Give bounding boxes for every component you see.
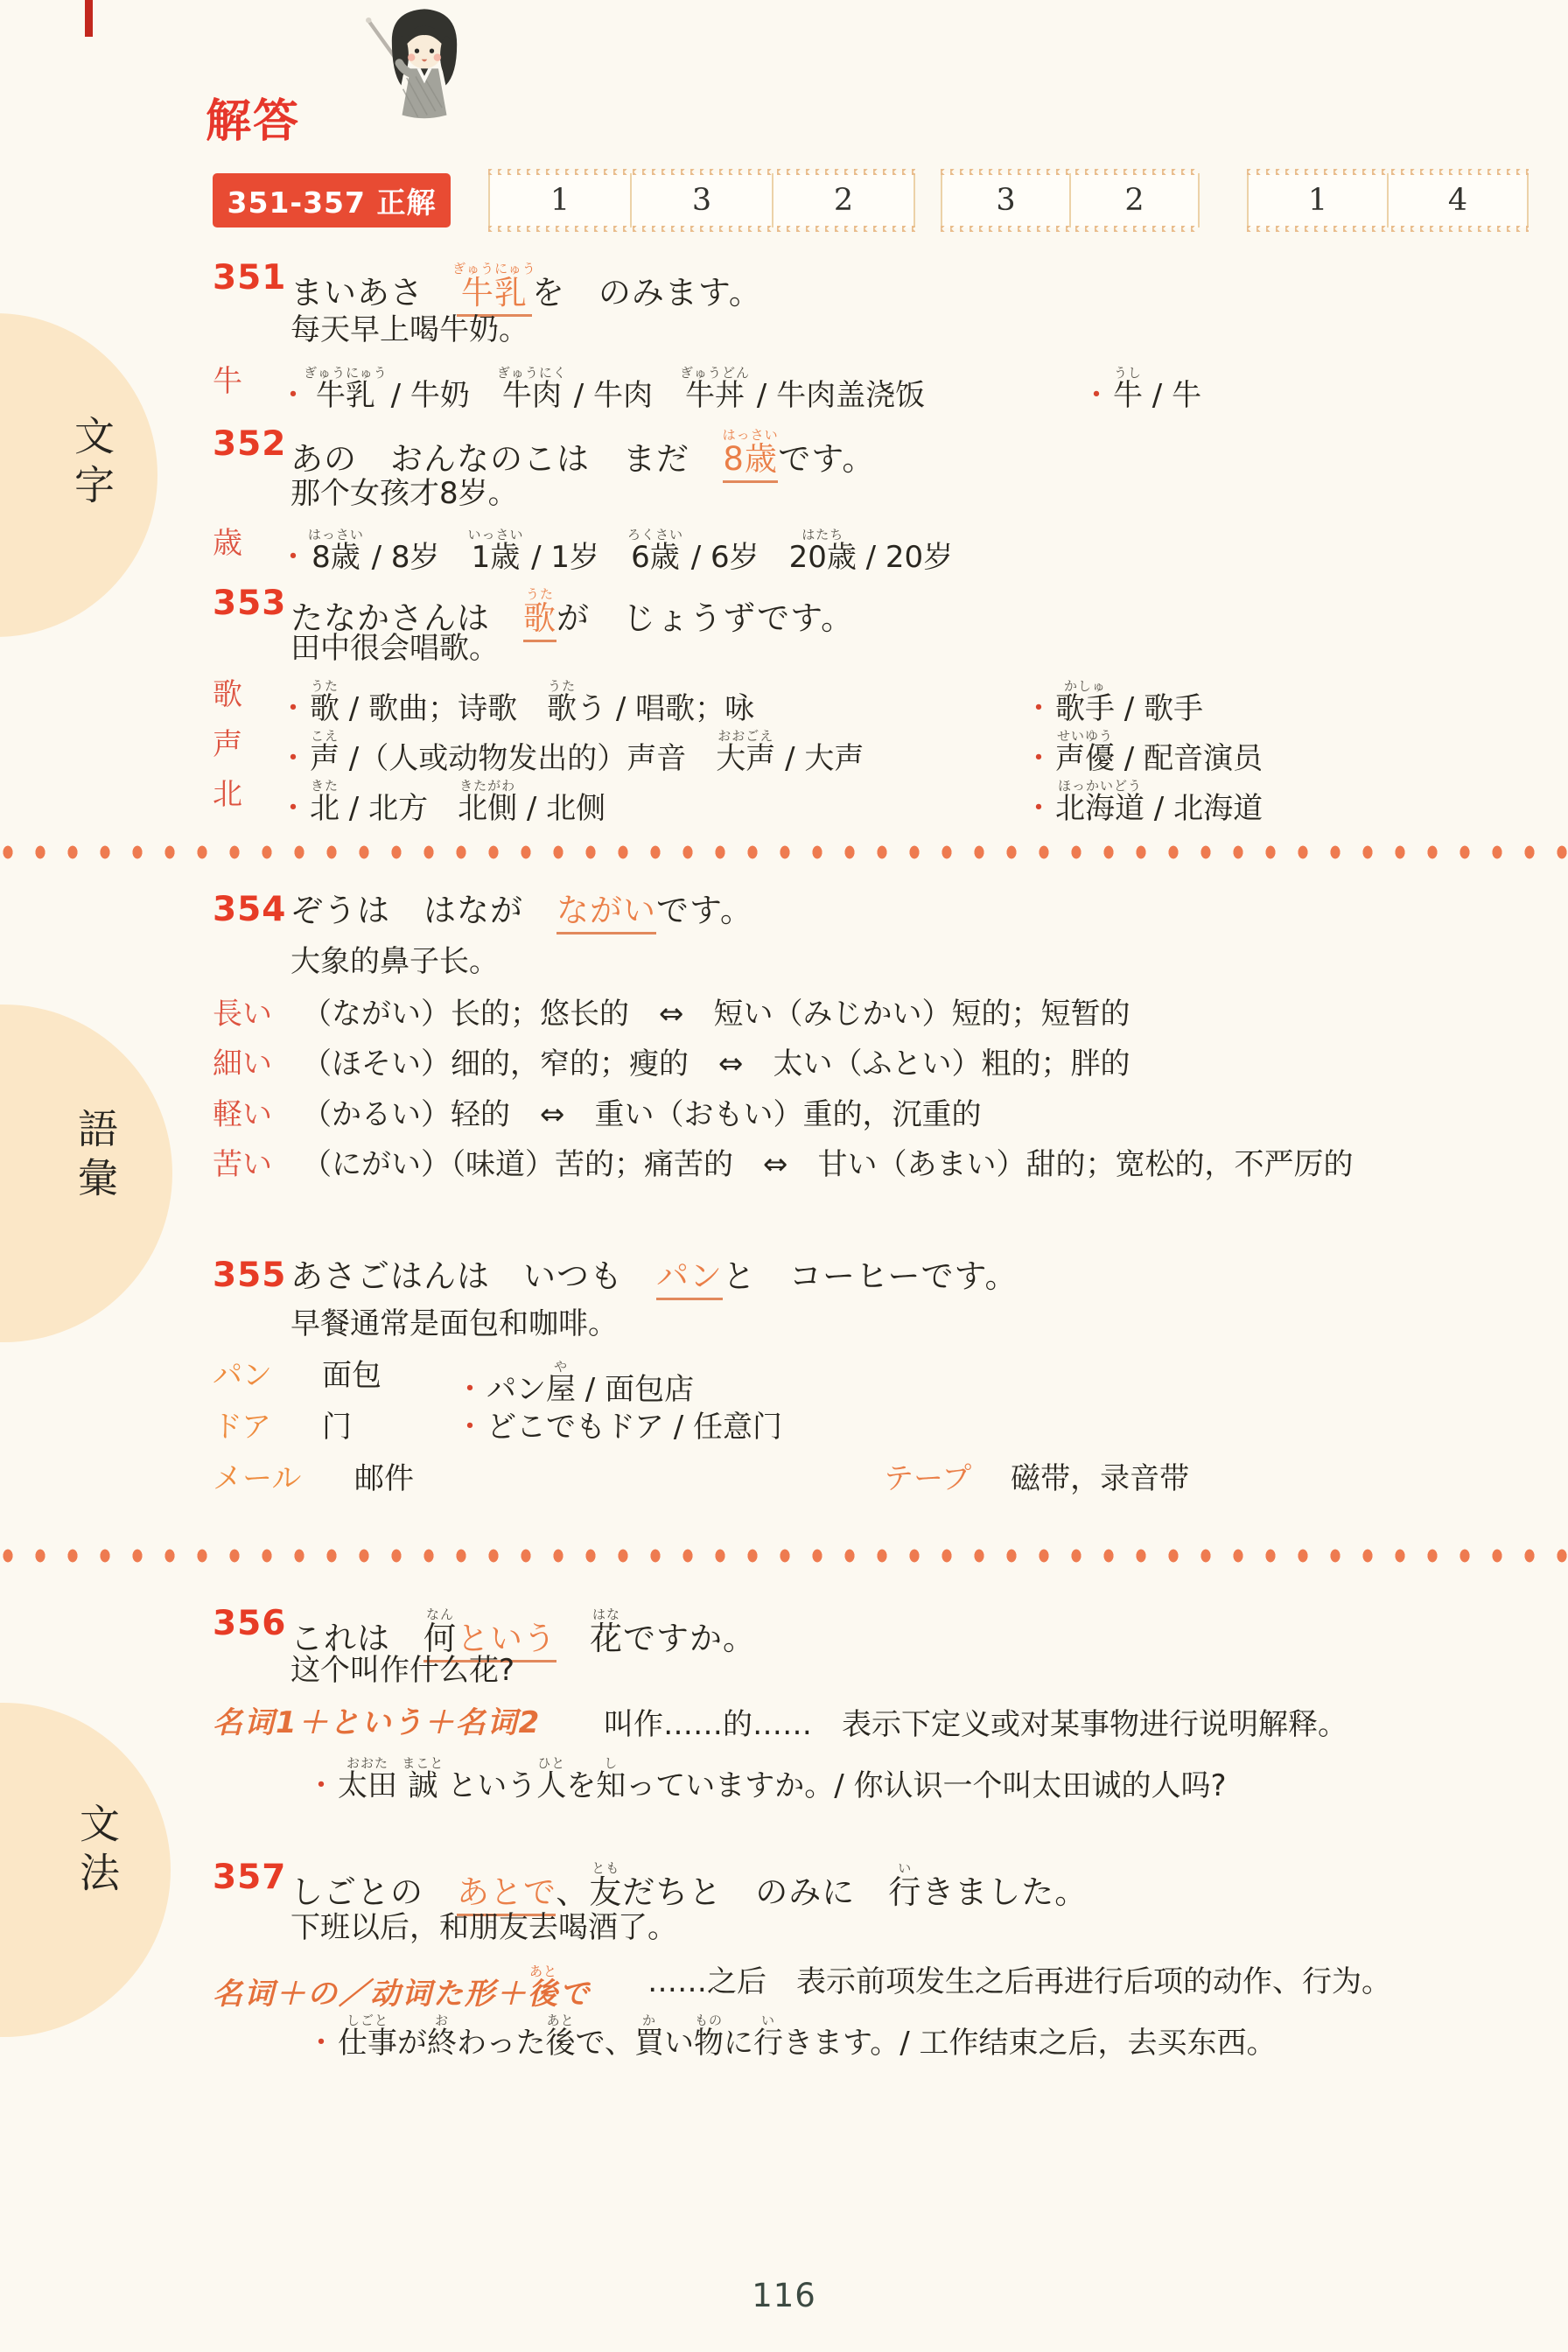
answer-cell: 2 — [772, 173, 913, 227]
item-number: 352 — [213, 425, 286, 464]
jp-sentence: まいあさ 牛乳ぎゅうにゅうを のみます。 — [290, 261, 762, 311]
vocab-row: 邮件 — [354, 1462, 414, 1495]
vocab-row: ・歌うた / 歌曲；诗歌 歌うたう / 唱歌；咏 — [278, 678, 754, 725]
dotted-separator — [0, 845, 1568, 859]
vocab-head: 軽い — [213, 1098, 272, 1131]
bullet-dot: ・ — [1024, 691, 1053, 726]
vocab-row: ・声優せいゆう / 配音演员 — [1024, 728, 1263, 775]
jp-sentence: これは 何なんという 花はなですか。 — [290, 1606, 756, 1656]
vocab-row: （にがい）（味道）苦的；痛苦的 ⇔ 甘い（あまい）甜的；宽松的，不严厉的 — [302, 1148, 1354, 1181]
cn-translation: 那个女孩才8岁。 — [290, 477, 518, 510]
bullet-dot: ・ — [455, 1410, 485, 1445]
bullet-dot: ・ — [278, 791, 308, 826]
bullet-dot: ・ — [1024, 791, 1053, 826]
item-number: 353 — [213, 584, 286, 623]
vocab-head: 長い — [213, 997, 272, 1031]
teacher-girl-illustration — [350, 3, 499, 152]
item-number: 354 — [213, 891, 286, 929]
vocab-head: 北 — [213, 778, 242, 811]
cn-translation: 早餐通常是面包和咖啡。 — [290, 1307, 618, 1340]
vocab-row: （かるい）轻的 ⇔ 重い（おもい）重的，沉重的 — [302, 1098, 982, 1131]
item-number: 355 — [213, 1256, 286, 1295]
jp-sentence: しごとの あとで、友ともだちと のみに 行いきました。 — [290, 1860, 1088, 1910]
item-number: 356 — [213, 1605, 286, 1643]
dotted-separator — [0, 1549, 1568, 1563]
cn-translation: 这个叫作什么花? — [290, 1654, 514, 1687]
tab-moji: 文字 — [63, 415, 121, 513]
cn-translation: 大象的鼻子长。 — [290, 945, 499, 978]
vocab-head: 歌 — [213, 678, 242, 711]
jp-sentence: たなかさんは 歌うたが じょうずです。 — [290, 586, 854, 636]
bullet-dot: ・ — [1081, 378, 1111, 413]
answer-key-label: 351-357 正解 — [213, 173, 451, 227]
bullet-dot: ・ — [455, 1372, 485, 1407]
cn-translation: 下班以后，和朋友去喝酒了。 — [290, 1911, 677, 1944]
jp-sentence: あさごはんは いつも パンと コーヒーです。 — [290, 1258, 1018, 1294]
tab-bunpo: 文法 — [68, 1802, 126, 1900]
vocab-head: 歳 — [213, 527, 242, 560]
vocab-row: （ながい）长的；悠长的 ⇔ 短い（みじかい）短的；短暂的 — [302, 997, 1130, 1031]
vocab-head: ドア — [213, 1410, 271, 1444]
vocab-head: 細い — [213, 1047, 272, 1081]
item-number: 351 — [213, 259, 286, 297]
grammar-formula: 名词1＋という＋名词2 — [213, 1706, 541, 1739]
answer-cell: 4 — [1387, 173, 1527, 227]
page-number: 116 — [0, 2277, 1568, 2314]
answer-cell: 2 — [1069, 173, 1198, 227]
example-sentence: ・太田おおた 誠まこと という人ひとを知しっていますか。/ 你认识一个叫太田诚的… — [306, 1755, 1227, 1802]
vocab-row: テープ 磁带，录音带 — [884, 1462, 1189, 1495]
answer-cell: 1 — [1249, 173, 1387, 227]
vocab-row: 面包 — [322, 1359, 381, 1392]
cn-translation: 每天早上喝牛奶。 — [290, 313, 528, 346]
vocab-row: ・歌手かしゅ / 歌手 — [1024, 678, 1203, 725]
page-edge-mark — [85, 0, 93, 37]
jp-sentence: ぞうは はなが ながいです。 — [290, 892, 753, 928]
vocab-row: ・北きた / 北方 北側きたがわ / 北侧 — [278, 778, 605, 825]
grammar-explanation: 叫作……的…… 表示下定义或对某事物进行说明解释。 — [604, 1708, 1347, 1741]
answer-cell: 3 — [942, 173, 1069, 227]
jp-sentence: あの おんなのこは まだ 8歳はっさいです。 — [290, 427, 875, 477]
answer-cell: 1 — [490, 173, 630, 227]
bullet-dot: ・ — [278, 540, 308, 575]
bullet-dot: ・ — [278, 741, 308, 776]
answer-group-2: 32 — [941, 173, 1200, 227]
bullet-dot: ・ — [1024, 741, 1053, 776]
vocab-row: ・パン屋や / 面包店 — [455, 1359, 694, 1406]
vocab-head: メール — [213, 1462, 301, 1495]
vocab-row: ・牛乳ぎゅうにゅう / 牛奶 牛肉ぎゅうにく / 牛肉 牛丼ぎゅうどん / 牛肉… — [278, 365, 925, 412]
tab-goi: 語彙 — [66, 1108, 124, 1206]
vocab-row: 门 — [322, 1410, 352, 1444]
vocab-row: ・北海道ほっかいどう / 北海道 — [1024, 778, 1263, 825]
vocab-row: ・8歳はっさい / 8岁 1歳いっさい / 1岁 6歳ろくさい / 6岁 20歳… — [278, 527, 953, 574]
bullet-dot: ・ — [306, 1768, 336, 1803]
vocab-head: 牛 — [213, 365, 242, 398]
page-title: 解答 — [206, 84, 300, 150]
vocab-head: パン — [213, 1359, 272, 1392]
vocab-row: （ほそい）细的，窄的；瘦的 ⇔ 太い（ふとい）粗的；胖的 — [302, 1047, 1130, 1081]
answer-cell: 3 — [630, 173, 772, 227]
cn-translation: 田中很会唱歌。 — [290, 632, 499, 665]
example-sentence: ・仕事しごとが終おわった後あとで、買かい物ものに行いきます。/ 工作结束之后，去… — [306, 2012, 1277, 2060]
grammar-formula: 名词＋の／动词た形＋後あとで — [213, 1963, 591, 2011]
answer-group-1: 132 — [488, 173, 915, 227]
book-page: 解答 351-357 正解 1323214 文字語彙文法 351まいあさ 牛乳ぎ… — [0, 0, 1568, 2352]
vocab-row: ・声こえ /（人或动物发出的）声音 大声おおごえ / 大声 — [278, 728, 864, 775]
grammar-explanation: ……之后 表示前项发生之后再进行后项的动作、行为。 — [647, 1965, 1391, 1998]
vocab-head: 声 — [213, 728, 242, 761]
vocab-row: ・どこでもドア / 任意门 — [455, 1410, 782, 1444]
answer-group-3: 14 — [1247, 173, 1529, 227]
item-number: 357 — [213, 1858, 286, 1897]
bullet-dot: ・ — [278, 691, 308, 726]
bullet-dot: ・ — [306, 2026, 336, 2061]
vocab-head: 苦い — [213, 1148, 272, 1181]
vocab-row: ・牛うし / 牛 — [1081, 365, 1201, 412]
